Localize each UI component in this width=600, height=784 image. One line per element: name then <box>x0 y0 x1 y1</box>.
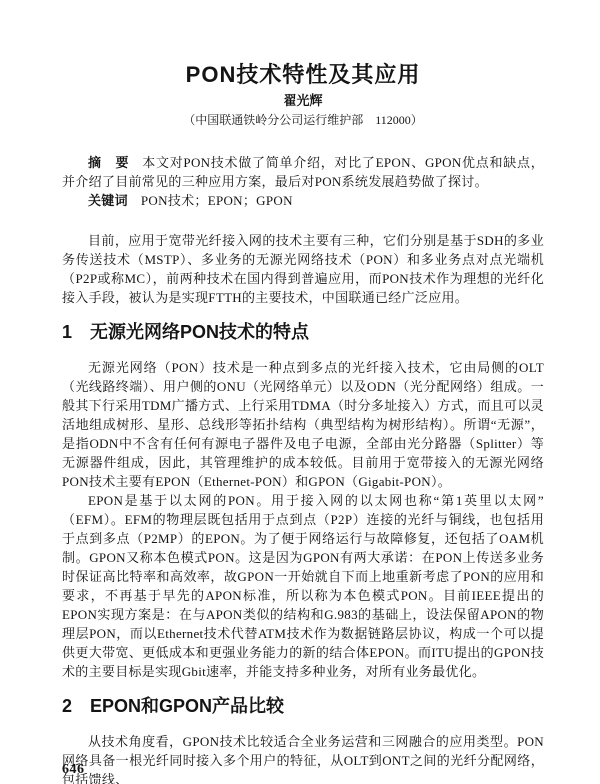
author-name: 翟光辉 <box>62 92 544 109</box>
keywords-text: PON技术；EPON；GPON <box>141 193 293 208</box>
section-1-body: 无源光网络（PON）技术是一种点到多点的光纤接入技术，它由局侧的OLT（光线路终… <box>62 358 544 681</box>
section-1-title: 无源光网络PON技术的特点 <box>90 321 309 343</box>
abstract-label: 摘 要 <box>88 155 129 170</box>
section-2-paragraph: 从技术角度看，GPON技术比较适合全业务运营和三网融合的应用类型。PON网络具备… <box>62 732 544 784</box>
section-1-paragraph: EPON是基于以太网的PON。用于接入网的以太网也称“第1英里以太网”（EFM）… <box>62 491 544 681</box>
section-1-paragraph: 无源光网络（PON）技术是一种点到多点的光纤接入技术，它由局侧的OLT（光线路终… <box>62 358 544 491</box>
intro-paragraph: 目前，应用于宽带光纤接入网的技术主要有三种，它们分别是基于SDH的多业务传送技术… <box>62 231 544 307</box>
section-2-body: 从技术角度看，GPON技术比较适合全业务运营和三网融合的应用类型。PON网络具备… <box>62 732 544 784</box>
page-number: 646 <box>62 762 85 778</box>
paper-title: PON技术特性及其应用 <box>62 62 544 88</box>
abstract-paragraph: 摘 要本文对PON技术做了简单介绍，对比了EPON、GPON优点和缺点，并介绍了… <box>62 153 544 191</box>
section-2-title: EPON和GPON产品比较 <box>90 695 284 717</box>
section-2-number: 2 <box>62 695 72 717</box>
section-2-heading: 2 EPON和GPON产品比较 <box>62 695 544 717</box>
author-affiliation: （中国联通铁岭分公司运行维护部 112000） <box>62 112 544 128</box>
section-1-heading: 1 无源光网络PON技术的特点 <box>62 321 544 343</box>
keywords-label: 关键词 <box>88 193 128 208</box>
abstract-text: 本文对PON技术做了简单介绍，对比了EPON、GPON优点和缺点，并介绍了目前常… <box>62 155 544 189</box>
keywords-paragraph: 关键词PON技术；EPON；GPON <box>62 191 544 210</box>
section-1-number: 1 <box>62 321 72 343</box>
paper-page: PON技术特性及其应用 翟光辉 （中国联通铁岭分公司运行维护部 112000） … <box>0 0 600 784</box>
